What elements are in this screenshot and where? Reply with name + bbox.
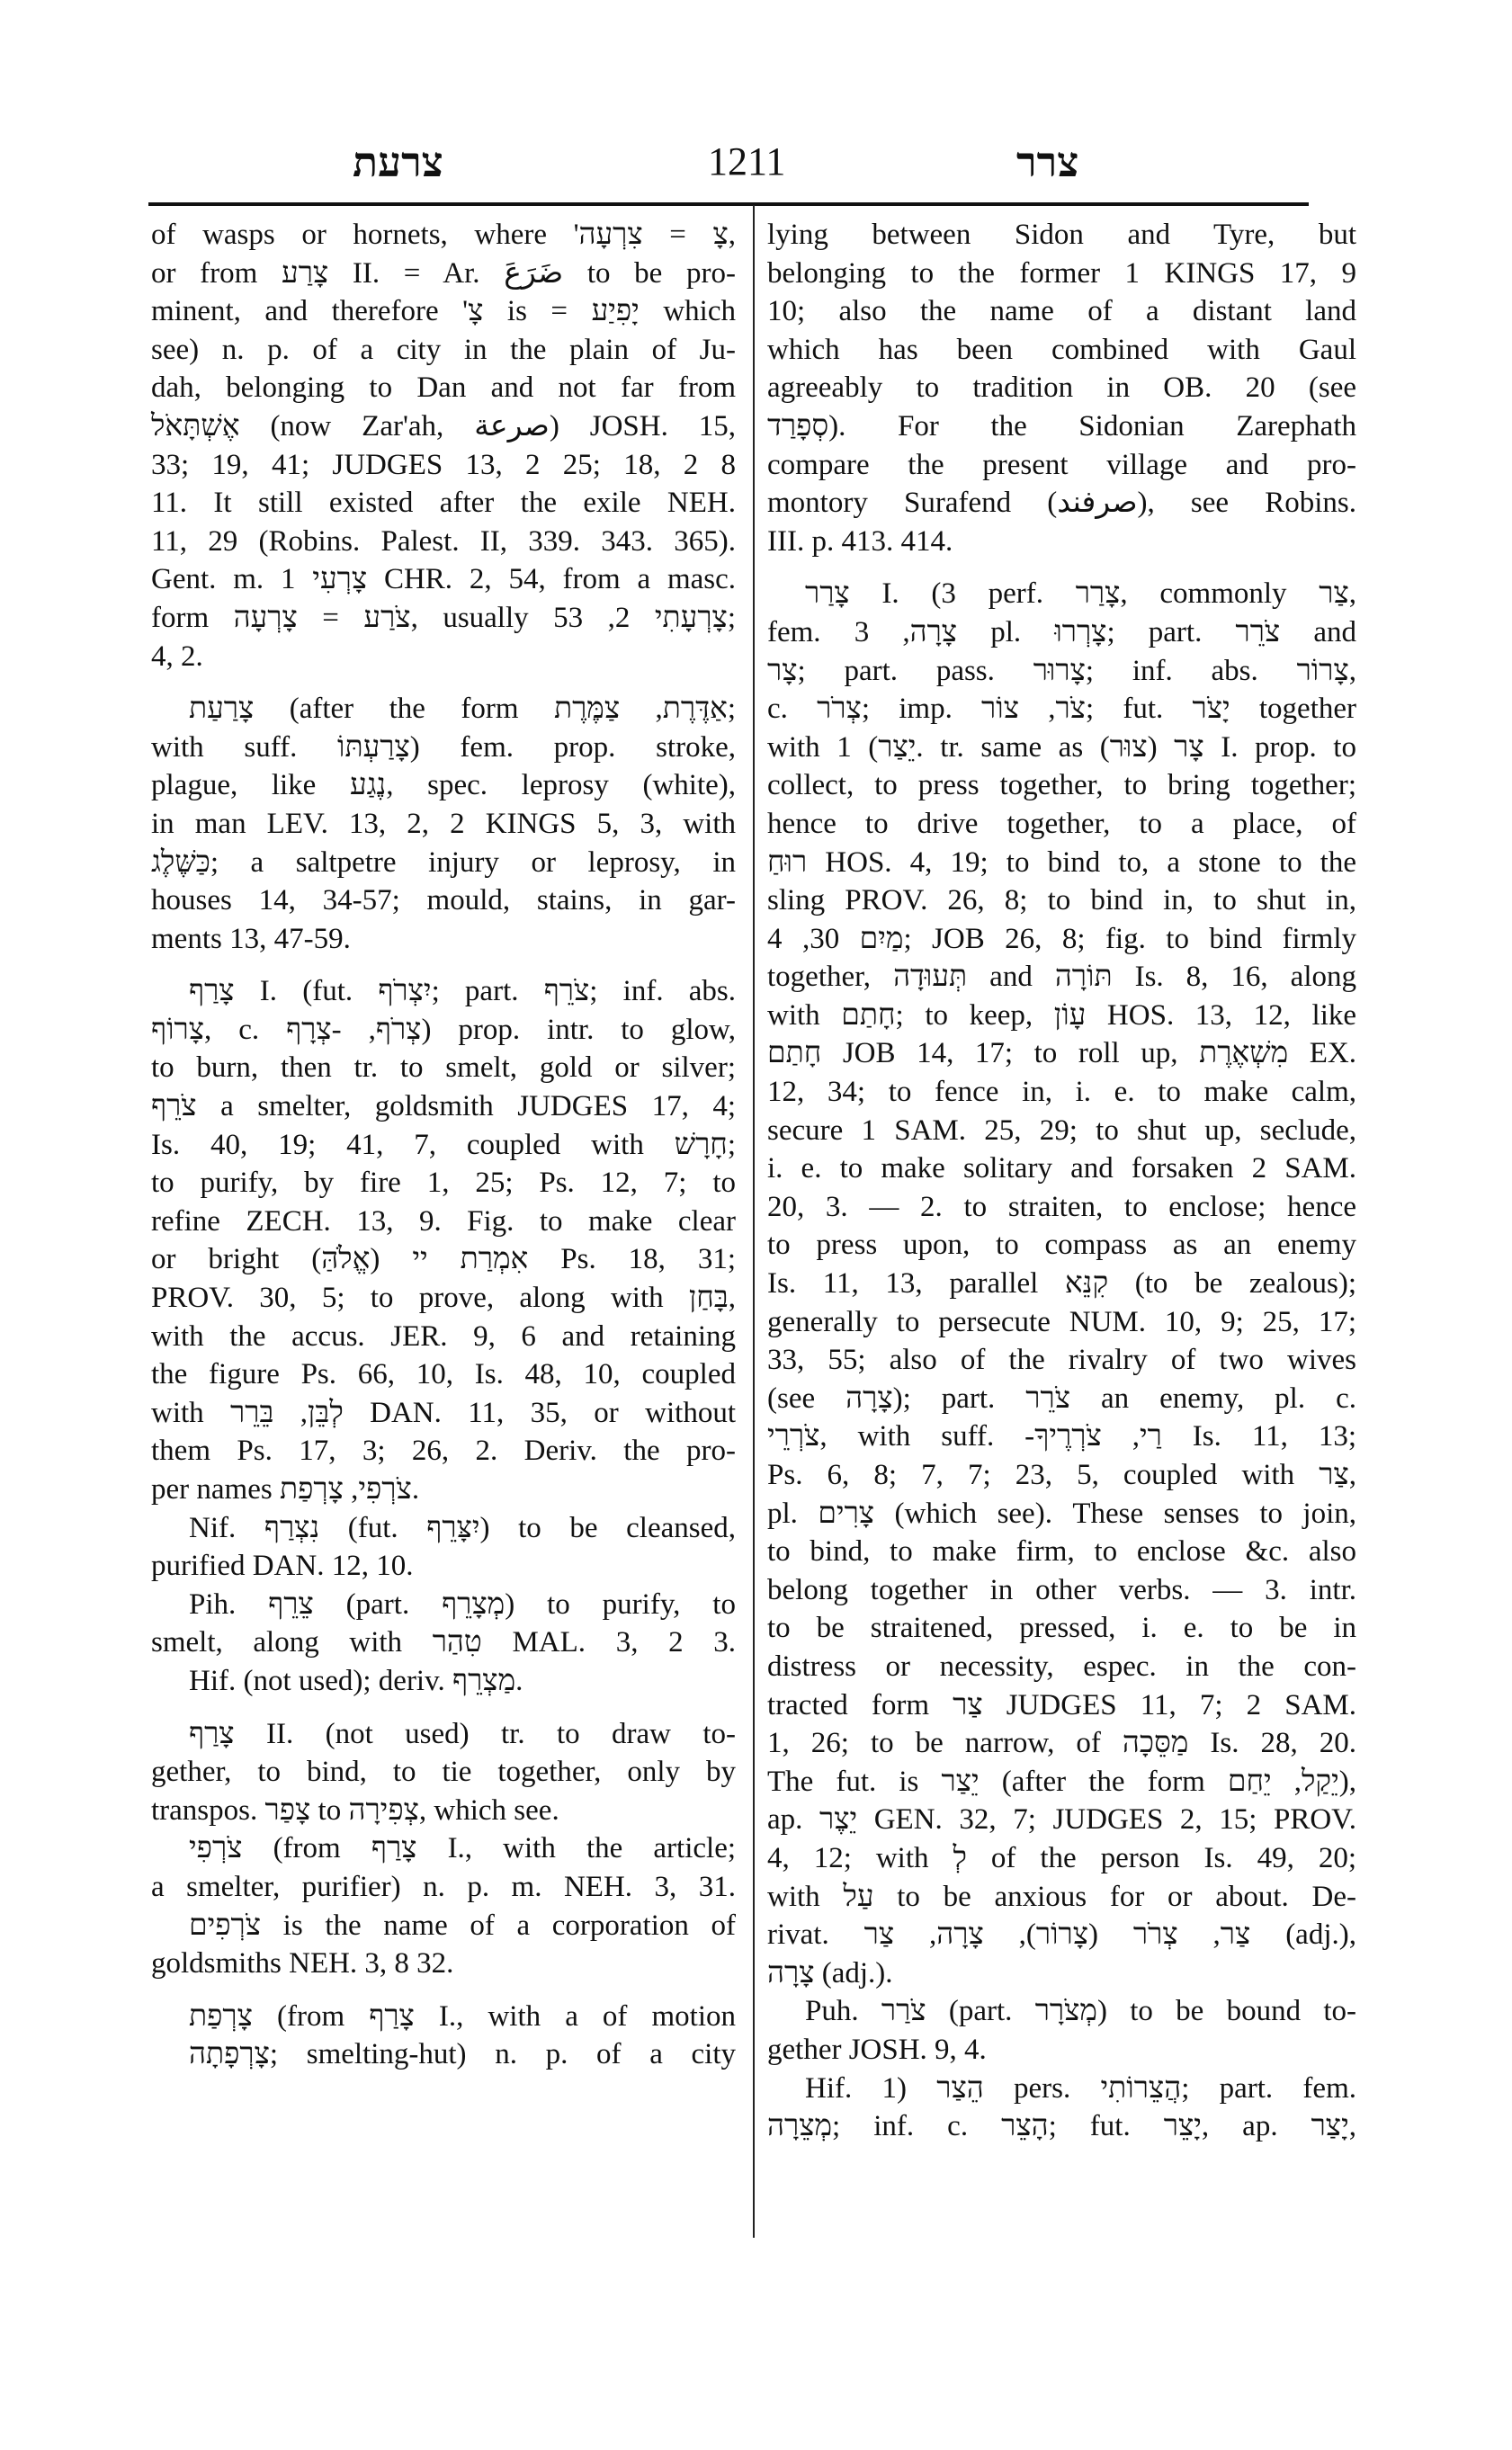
text-line: Puh. צֹרַר (part. מְצֹרָר) to be bound t… — [767, 1992, 1356, 2031]
text-line: per names צֹרְפִי, צָרְפַת. — [151, 1471, 736, 1509]
text-line: refine ZECH. 13, 9. Fig. to make clear — [151, 1203, 736, 1241]
text-line: gether, to bind, to tie together, only b… — [151, 1753, 736, 1792]
text-line: צָרְפָתָה; smelting-hut) n. p. of a city — [151, 2035, 736, 2074]
text-line: to bind, to make firm, to enclose &c. al… — [767, 1533, 1356, 1571]
text-line: generally to persecute NUM. 10, 9; 25, 1… — [767, 1303, 1356, 1342]
text-line: sling PROV. 26, 8; to bind in, to shut i… — [767, 881, 1356, 920]
text-line: form צֹרַע = צָרְעָה, usually צָרְעָתִי … — [151, 599, 736, 638]
text-line: ments 13, 47-59. — [151, 920, 736, 959]
text-line: with יֵצַר) 1. tr. same as צָר (צוּר) I.… — [767, 729, 1356, 767]
text-line: 11, 29 (Robins. Palest. II, 339. 343. 36… — [151, 523, 736, 561]
text-line: the figure Ps. 66, 10, Is. 48, 10, coupl… — [151, 1355, 736, 1394]
text-line: minent, and therefore 'צָ is = יָפִיַע w… — [151, 292, 736, 331]
text-line: a smelter, purifier) n. p. m. NEH. 3, 31… — [151, 1868, 736, 1907]
text-line: to press upon, to compass as an enemy — [767, 1226, 1356, 1265]
text-line: אֶשְׁתָּאֹל (now Zar'ah, صرعة) JOSH. 15, — [151, 407, 736, 446]
text-line: with לְבֵּן, בֵּרֵר DAN. 11, 35, or with… — [151, 1394, 736, 1433]
text-line: PROV. 30, 5; to prove, along with בָּחַן… — [151, 1279, 736, 1318]
page-header: צרעת 1211 צרר — [0, 135, 1512, 198]
text-line: smelt, along with טִהַר MAL. 3, 2 3. — [151, 1623, 736, 1662]
text-line: Nif. נִצְרַף (fut. יִצָּרֵף) to be clean… — [151, 1509, 736, 1548]
text-line: with suff. צָרַעְתּוֹ) fem. prop. stroke… — [151, 729, 736, 767]
header-rule — [148, 202, 1309, 206]
text-line: Hif. (not used); deriv. מַצְרֵף. — [151, 1662, 736, 1701]
text-line: (see צָרָה); part. צֹרֵר an enemy, pl. c… — [767, 1380, 1356, 1418]
text-line: compare the present village and pro- — [767, 446, 1356, 485]
text-line: 12, 34; to fence in, i. e. to make calm, — [767, 1073, 1356, 1112]
text-line: to purify, by fire 1, 25; Ps. 12, 7; to — [151, 1164, 736, 1203]
text-line: Gent. m. צָרְעִי 1 CHR. 2, 54, from a ma… — [151, 560, 736, 599]
text-line: The fut. is יֵצַר (after the form יֵקַל,… — [767, 1763, 1356, 1802]
text-line: כַּשֶּׁלֶג; a saltpetre injury or lepros… — [151, 844, 736, 882]
text-line: to burn, then tr. to smelt, gold or silv… — [151, 1049, 736, 1087]
text-line: houses 14, 34-57; mould, stains, in gar- — [151, 881, 736, 920]
text-line: or from צָרַע II. = Ar. ضَرَعَ to be pro… — [151, 255, 736, 293]
text-line: fem. צָרָה, 3 pl. צָרְרוּ; part. צֹרֵר a… — [767, 613, 1356, 652]
text-line: צָרַעַת (after the form אַדֶּרֶת, צַמֶּר… — [151, 690, 736, 729]
text-line: צָרַף II. (not used) tr. to draw to- — [151, 1715, 736, 1754]
text-line: מַיִם 30, 4; JOB 26, 8; fig. to bind fir… — [767, 920, 1356, 959]
text-line: collect, to press together, to bring tog… — [767, 766, 1356, 805]
header-left-headword: צרעת — [353, 135, 443, 189]
text-line: 4, 2. — [151, 638, 736, 676]
text-line: 33; 19, 41; JUDGES 13, 2 25; 18, 2 8 — [151, 446, 736, 485]
text-line: צָרוֹף, c. צְרֹף, -צְרָף) prop. intr. to… — [151, 1011, 736, 1050]
text-line: Is. 40, 19; 41, 7, coupled with חָרָשׁ; — [151, 1126, 736, 1165]
text-line: צָרַף I. (fut. יִצְרֹף; part. צֹרֵף; inf… — [151, 972, 736, 1011]
text-line: with חָתַם; to keep, עָוֹן HOS. 13, 12, … — [767, 997, 1356, 1035]
text-line: צָרָה (adj.). — [767, 1954, 1356, 1993]
page-number: 1211 — [708, 135, 785, 189]
text-line: צֹרְפִים is the name of a corporation of — [151, 1907, 736, 1945]
text-line: purified DAN. 12, 10. — [151, 1547, 736, 1586]
text-line: צָר; part. pass. צָרוּר; inf. abs. צָרוֹ… — [767, 652, 1356, 691]
text-line: ap. יֵצֶר GEN. 32, 7; JUDGES 2, 15; PROV… — [767, 1801, 1356, 1839]
text-line: מְצֵרָה; inf. c. הָצֵר; fut. יָצֵר, ap. … — [767, 2107, 1356, 2146]
text-line: belonging to the former 1 KINGS 17, 9 — [767, 255, 1356, 293]
text-line: transpos. צָפַר to צְפִירָה, which see. — [151, 1792, 736, 1830]
text-line: secure 1 SAM. 25, 29; to shut up, seclud… — [767, 1112, 1356, 1150]
text-line: which has been combined with Gaul — [767, 331, 1356, 370]
text-line: hence to drive together, to a place, of — [767, 805, 1356, 844]
text-line: 1, 26; to be narrow, of מַסֵּכָה Is. 28,… — [767, 1724, 1356, 1763]
text-line: together, תְּעוּדָה and תּוֹרָה Is. 8, 1… — [767, 958, 1356, 997]
text-line: see) n. p. of a city in the plain of Ju- — [151, 331, 736, 370]
text-line: Pih. צֵרֵף (part. מְצָרֵף) to purify, to — [151, 1586, 736, 1624]
left-column: of wasps or hornets, where 'צָ = צִרְעָה… — [151, 216, 736, 2074]
text-line: Is. 11, 13, parallel קִנֵּא (to be zealo… — [767, 1265, 1356, 1303]
text-line: to be straitened, pressed, i. e. to be i… — [767, 1609, 1356, 1648]
text-line: צֹרְפִי (from צָרַף I., with the article… — [151, 1829, 736, 1868]
text-line: Hif. הֵצַר (1 pers. הֲצֵרוֹתִי; part. fe… — [767, 2070, 1356, 2108]
text-line: 33, 55; also of the rivalry of two wives — [767, 1341, 1356, 1380]
text-line: dah, belonging to Dan and not far from — [151, 369, 736, 407]
header-right-headword: צרר — [1016, 135, 1078, 189]
text-line: צָרַר I. (3 perf. צָרַר, commonly צַר, — [767, 575, 1356, 613]
text-line: צֹרְרֵי, with suff. -רַי, צֹרְרֶיךָ Is. … — [767, 1417, 1356, 1456]
text-line: with עַל to be anxious for or about. De- — [767, 1878, 1356, 1917]
text-line: tracted form צַר JUDGES 11, 7; 2 SAM. — [767, 1686, 1356, 1725]
text-line: of wasps or hornets, where 'צָ = צִרְעָה… — [151, 216, 736, 255]
column-divider — [753, 205, 755, 2238]
text-line: belong together in other verbs. — 3. int… — [767, 1571, 1356, 1610]
text-line: חָתַם JOB 14, 17; to roll up, מִשְׁאֶרֶת… — [767, 1034, 1356, 1073]
text-line: agreeably to tradition in OB. 20 (see — [767, 369, 1356, 407]
text-line: plague, like נֶגַע, spec. leprosy (white… — [151, 766, 736, 805]
text-line: in man LEV. 13, 2, 2 KINGS 5, 3, with — [151, 805, 736, 844]
text-line: goldsmiths NEH. 3, 8 32. — [151, 1945, 736, 1983]
text-line: them Ps. 17, 3; 26, 2. Deriv. the pro- — [151, 1432, 736, 1471]
text-line: i. e. to make solitary and forsaken 2 SA… — [767, 1149, 1356, 1188]
text-line: 10; also the name of a distant land — [767, 292, 1356, 331]
text-line: lying between Sidon and Tyre, but — [767, 216, 1356, 255]
text-line: c. צְרֹר; imp. צֹר, צוֹר; fut. יָצֹר tog… — [767, 690, 1356, 729]
text-line: צֹרֵף a smelter, goldsmith JUDGES 17, 4; — [151, 1087, 736, 1126]
text-line: Ps. 6, 8; 7, 7; 23, 5, coupled with צַר, — [767, 1456, 1356, 1495]
text-line: 20, 3. — 2. to straiten, to enclose; hen… — [767, 1188, 1356, 1227]
text-line: צָרְפַת (from צָרַף I., with a of motion — [151, 1998, 736, 2036]
right-column: lying between Sidon and Tyre, butbelongi… — [767, 216, 1356, 2146]
text-line: rivat. צַר, צְרֹר (צָרוֹר), צָרָה, צַר (… — [767, 1916, 1356, 1954]
text-line: montory Surafend (صرفند), see Robins. — [767, 484, 1356, 523]
text-line: סְפָרַד). For the Sidonian Zarephath — [767, 407, 1356, 446]
text-line: or bright (אֱלֹהַּ) אִמְרַת יי Ps. 18, 3… — [151, 1240, 736, 1279]
text-line: 11. It still existed after the exile NEH… — [151, 484, 736, 523]
text-line: pl. צָרִים (which see). These senses to … — [767, 1495, 1356, 1533]
text-line: III. p. 413. 414. — [767, 523, 1356, 561]
text-line: with the accus. JER. 9, 6 and retaining — [151, 1318, 736, 1356]
text-line: 4, 12; with לְ of the person Is. 49, 20; — [767, 1839, 1356, 1878]
text-line: רוּחַ HOS. 4, 19; to bind to, a stone to… — [767, 844, 1356, 882]
text-line: gether JOSH. 9, 4. — [767, 2031, 1356, 2070]
text-line: distress or necessity, espec. in the con… — [767, 1648, 1356, 1686]
